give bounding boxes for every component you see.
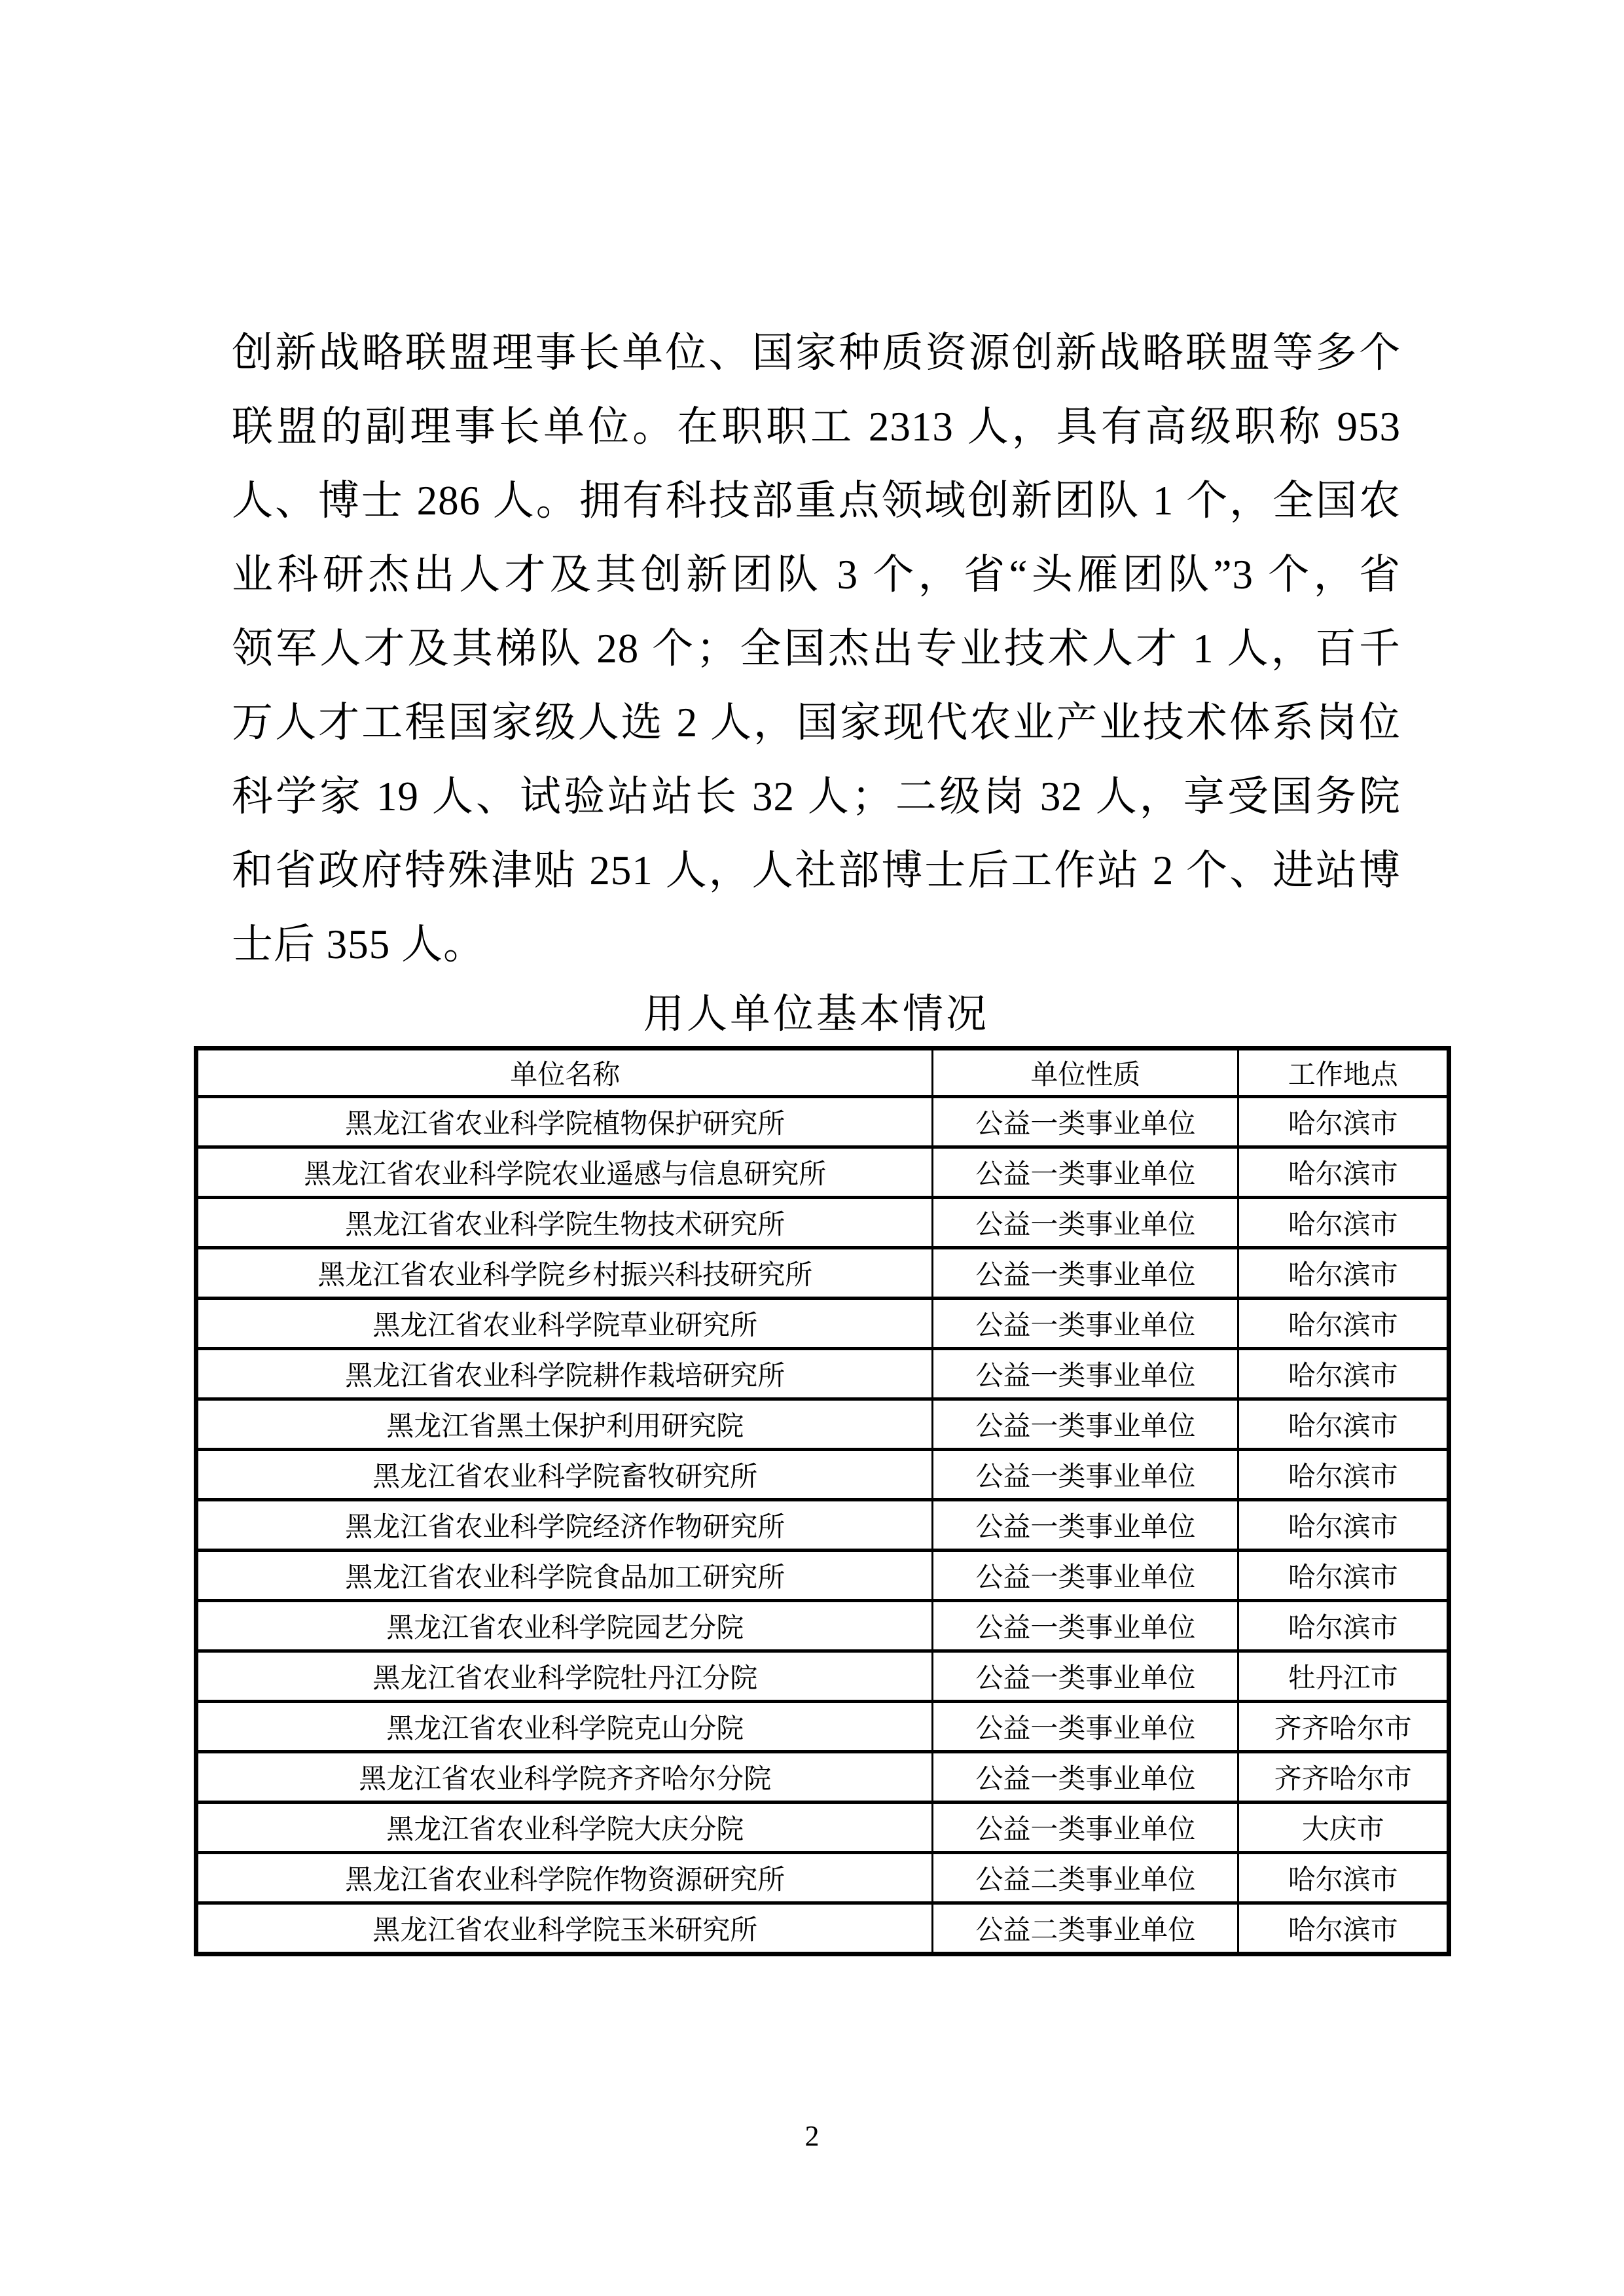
cell-unit-nature: 公益一类事业单位 <box>933 1651 1238 1702</box>
cell-unit-name: 黑龙江省农业科学院作物资源研究所 <box>196 1853 933 1903</box>
column-header-work-location: 工作地点 <box>1238 1049 1449 1097</box>
table-row: 黑龙江省农业科学院乡村振兴科技研究所公益一类事业单位哈尔滨市 <box>196 1248 1449 1299</box>
paragraph-line: 和省政府特殊津贴 251 人，人社部博士后工作站 2 个、进站博 <box>232 834 1401 908</box>
cell-unit-name: 黑龙江省农业科学院生物技术研究所 <box>196 1198 933 1248</box>
paragraph-line: 科学家 19 人、试验站站长 32 人；二级岗 32 人，享受国务院 <box>232 760 1401 834</box>
cell-work-location: 哈尔滨市 <box>1238 1349 1449 1399</box>
cell-work-location: 牡丹江市 <box>1238 1651 1449 1702</box>
cell-work-location: 哈尔滨市 <box>1238 1248 1449 1299</box>
cell-unit-name: 黑龙江省农业科学院牡丹江分院 <box>196 1651 933 1702</box>
cell-unit-nature: 公益一类事业单位 <box>933 1803 1238 1853</box>
page-number: 2 <box>0 2119 1624 2153</box>
cell-unit-nature: 公益一类事业单位 <box>933 1198 1238 1248</box>
cell-unit-nature: 公益一类事业单位 <box>933 1349 1238 1399</box>
cell-work-location: 哈尔滨市 <box>1238 1299 1449 1349</box>
table-row: 黑龙江省农业科学院大庆分院公益一类事业单位大庆市 <box>196 1803 1449 1853</box>
cell-unit-nature: 公益一类事业单位 <box>933 1097 1238 1147</box>
table-row: 黑龙江省农业科学院农业遥感与信息研究所公益一类事业单位哈尔滨市 <box>196 1147 1449 1198</box>
cell-unit-nature: 公益一类事业单位 <box>933 1500 1238 1551</box>
cell-unit-name: 黑龙江省农业科学院农业遥感与信息研究所 <box>196 1147 933 1198</box>
cell-work-location: 大庆市 <box>1238 1803 1449 1853</box>
cell-work-location: 哈尔滨市 <box>1238 1097 1449 1147</box>
cell-unit-name: 黑龙江省农业科学院玉米研究所 <box>196 1903 933 1954</box>
units-table-body: 黑龙江省农业科学院植物保护研究所公益一类事业单位哈尔滨市黑龙江省农业科学院农业遥… <box>196 1097 1449 1954</box>
table-row: 黑龙江省农业科学院园艺分院公益一类事业单位哈尔滨市 <box>196 1601 1449 1651</box>
cell-unit-name: 黑龙江省农业科学院耕作栽培研究所 <box>196 1349 933 1399</box>
column-header-unit-nature: 单位性质 <box>933 1049 1238 1097</box>
table-row: 黑龙江省农业科学院齐齐哈尔分院公益一类事业单位齐齐哈尔市 <box>196 1752 1449 1803</box>
cell-unit-nature: 公益一类事业单位 <box>933 1248 1238 1299</box>
table-row: 黑龙江省农业科学院耕作栽培研究所公益一类事业单位哈尔滨市 <box>196 1349 1449 1399</box>
cell-unit-name: 黑龙江省农业科学院植物保护研究所 <box>196 1097 933 1147</box>
table-row: 黑龙江省农业科学院玉米研究所公益二类事业单位哈尔滨市 <box>196 1903 1449 1954</box>
cell-unit-name: 黑龙江省农业科学院齐齐哈尔分院 <box>196 1752 933 1803</box>
paragraph-line: 万人才工程国家级人选 2 人，国家现代农业产业技术体系岗位 <box>232 686 1401 760</box>
table-row: 黑龙江省农业科学院植物保护研究所公益一类事业单位哈尔滨市 <box>196 1097 1449 1147</box>
paragraph-line: 业科研杰出人才及其创新团队 3 个，省“头雁团队”3 个，省 <box>232 538 1401 612</box>
paragraph-line: 人、博士 286 人。拥有科技部重点领域创新团队 1 个，全国农 <box>232 464 1401 538</box>
cell-work-location: 哈尔滨市 <box>1238 1903 1449 1954</box>
paragraph-line: 联盟的副理事长单位。在职职工 2313 人，具有高级职称 953 <box>232 390 1401 464</box>
cell-work-location: 哈尔滨市 <box>1238 1551 1449 1601</box>
cell-unit-nature: 公益一类事业单位 <box>933 1551 1238 1601</box>
cell-work-location: 哈尔滨市 <box>1238 1853 1449 1903</box>
cell-unit-name: 黑龙江省农业科学院克山分院 <box>196 1702 933 1752</box>
cell-unit-nature: 公益一类事业单位 <box>933 1147 1238 1198</box>
cell-unit-nature: 公益一类事业单位 <box>933 1399 1238 1450</box>
table-row: 黑龙江省农业科学院生物技术研究所公益一类事业单位哈尔滨市 <box>196 1198 1449 1248</box>
cell-work-location: 哈尔滨市 <box>1238 1147 1449 1198</box>
cell-work-location: 齐齐哈尔市 <box>1238 1702 1449 1752</box>
paragraph-line: 领军人才及其梯队 28 个；全国杰出专业技术人才 1 人，百千 <box>232 612 1401 686</box>
table-header-row: 单位名称 单位性质 工作地点 <box>196 1049 1449 1097</box>
cell-unit-name: 黑龙江省农业科学院大庆分院 <box>196 1803 933 1853</box>
cell-unit-name: 黑龙江省农业科学院经济作物研究所 <box>196 1500 933 1551</box>
cell-unit-name: 黑龙江省农业科学院草业研究所 <box>196 1299 933 1349</box>
cell-work-location: 哈尔滨市 <box>1238 1399 1449 1450</box>
cell-work-location: 哈尔滨市 <box>1238 1450 1449 1500</box>
table-row: 黑龙江省农业科学院畜牧研究所公益一类事业单位哈尔滨市 <box>196 1450 1449 1500</box>
table-row: 黑龙江省黑土保护利用研究院公益一类事业单位哈尔滨市 <box>196 1399 1449 1450</box>
table-row: 黑龙江省农业科学院克山分院公益一类事业单位齐齐哈尔市 <box>196 1702 1449 1752</box>
cell-unit-nature: 公益一类事业单位 <box>933 1450 1238 1500</box>
document-page: 创新战略联盟理事长单位、国家种质资源创新战略联盟等多个联盟的副理事长单位。在职职… <box>0 0 1624 2296</box>
cell-work-location: 哈尔滨市 <box>1238 1198 1449 1248</box>
units-table: 单位名称 单位性质 工作地点 黑龙江省农业科学院植物保护研究所公益一类事业单位哈… <box>194 1046 1451 1956</box>
table-title: 用人单位基本情况 <box>232 987 1401 1043</box>
cell-unit-name: 黑龙江省农业科学院乡村振兴科技研究所 <box>196 1248 933 1299</box>
cell-unit-nature: 公益一类事业单位 <box>933 1601 1238 1651</box>
cell-unit-nature: 公益一类事业单位 <box>933 1702 1238 1752</box>
table-row: 黑龙江省农业科学院经济作物研究所公益一类事业单位哈尔滨市 <box>196 1500 1449 1551</box>
paragraph-line: 创新战略联盟理事长单位、国家种质资源创新战略联盟等多个 <box>232 316 1401 390</box>
paragraph-line: 士后 355 人。 <box>232 908 1401 982</box>
column-header-unit-name: 单位名称 <box>196 1049 933 1097</box>
table-row: 黑龙江省农业科学院牡丹江分院公益一类事业单位牡丹江市 <box>196 1651 1449 1702</box>
table-row: 黑龙江省农业科学院作物资源研究所公益二类事业单位哈尔滨市 <box>196 1853 1449 1903</box>
cell-unit-nature: 公益一类事业单位 <box>933 1752 1238 1803</box>
cell-unit-name: 黑龙江省黑土保护利用研究院 <box>196 1399 933 1450</box>
table-row: 黑龙江省农业科学院草业研究所公益一类事业单位哈尔滨市 <box>196 1299 1449 1349</box>
cell-work-location: 哈尔滨市 <box>1238 1601 1449 1651</box>
cell-unit-nature: 公益一类事业单位 <box>933 1299 1238 1349</box>
cell-unit-name: 黑龙江省农业科学院畜牧研究所 <box>196 1450 933 1500</box>
body-paragraph: 创新战略联盟理事长单位、国家种质资源创新战略联盟等多个联盟的副理事长单位。在职职… <box>232 316 1401 982</box>
cell-unit-name: 黑龙江省农业科学院园艺分院 <box>196 1601 933 1651</box>
cell-unit-name: 黑龙江省农业科学院食品加工研究所 <box>196 1551 933 1601</box>
cell-work-location: 哈尔滨市 <box>1238 1500 1449 1551</box>
cell-unit-nature: 公益二类事业单位 <box>933 1853 1238 1903</box>
table-row: 黑龙江省农业科学院食品加工研究所公益一类事业单位哈尔滨市 <box>196 1551 1449 1601</box>
cell-unit-nature: 公益二类事业单位 <box>933 1903 1238 1954</box>
cell-work-location: 齐齐哈尔市 <box>1238 1752 1449 1803</box>
